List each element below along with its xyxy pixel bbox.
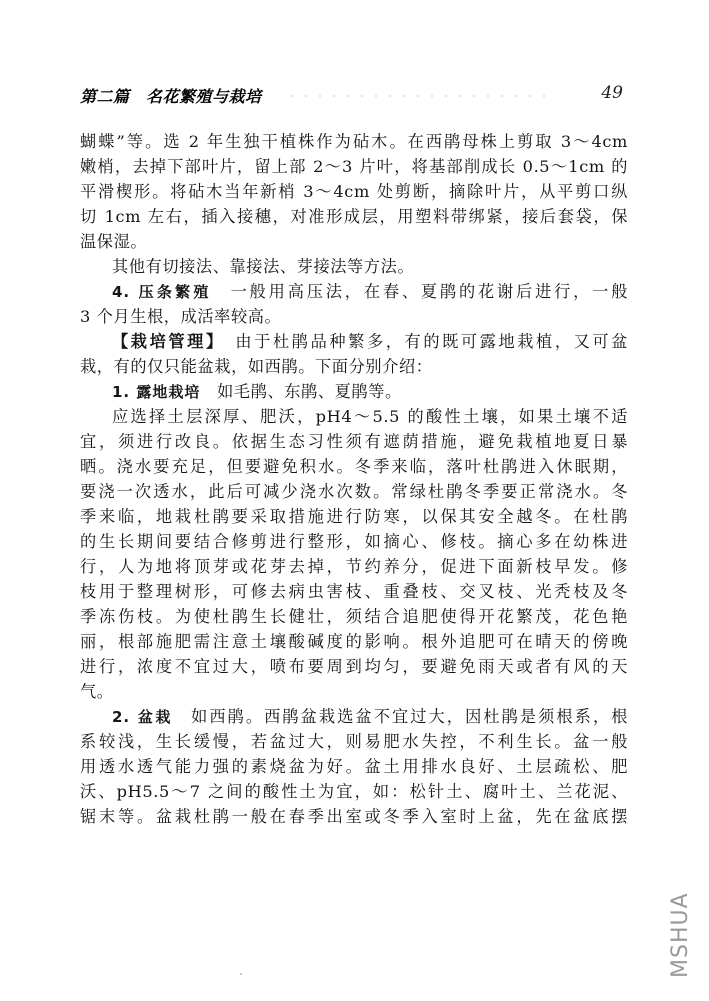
text-line: 季来临，地栽杜鹃要采取措施进行防寒，以保其安全越冬。在杜鹃 (80, 505, 628, 529)
text-line: 晒。浇水要充足，但要避免积水。冬季来临，落叶杜鹃进入休眠期， (80, 455, 628, 479)
header-rule (285, 94, 545, 98)
text-segment: 的生长期间要结合修剪进行整形，如摘心、修枝。摘心多在幼株进 (80, 532, 628, 551)
text-segment: 平滑楔形。将砧木当年新梢 3～4cm 处剪断，摘除叶片，从平剪口纵 (80, 182, 628, 201)
text-segment: 气。 (80, 682, 114, 701)
text-segment: 沃、pH5.5～7 之间的酸性土为宜，如：松针土、腐叶土、兰花泥、 (80, 782, 628, 801)
text-segment: 枝用于整理树形，可修去病虫害枝、重叠枝、交叉枝、光秃枝及冬 (80, 582, 628, 601)
text-segment: 季来临，地栽杜鹃要采取措施进行防寒，以保其安全越冬。在杜鹃 (80, 507, 628, 526)
text-segment: 栽，有的仅只能盆栽，如西鹃。下面分别介绍： (80, 357, 433, 376)
text-segment: 用透水透气能力强的素烧盆为好。盆土用排水良好、土层疏松、肥 (80, 757, 628, 776)
text-line: 要浇一次透水，此后可减少浇水次数。常绿杜鹃冬季要正常浇水。冬 (80, 480, 628, 504)
text-segment: 丽，根部施肥需注意土壤酸碱度的影响。根外追肥可在晴天的傍晚 (80, 632, 628, 651)
text-line: 锯末等。盆栽杜鹃一般在春季出室或冬季入室时上盆，先在盆底摆 (80, 805, 628, 829)
section-heading: 4. 压条繁殖 (112, 283, 212, 301)
text-line: 进行，浓度不宜过大，喷布要周到均匀，要避免雨天或者有风的天 (80, 655, 628, 679)
text-line: 用透水透气能力强的素烧盆为好。盆土用排水良好、土层疏松、肥 (80, 755, 628, 779)
text-line: 栽，有的仅只能盆栽，如西鹃。下面分别介绍： (80, 355, 433, 379)
scan-speck (240, 973, 242, 975)
section-heading: 2. 盆栽 (112, 708, 173, 726)
text-segment: 嫩梢，去掉下部叶片，留上部 2～3 片叶，将基部削成长 0.5～1cm 的 (80, 157, 628, 176)
text-line: 1. 露地栽培 如毛鹃、东鹃、夏鹃等。 (112, 380, 402, 404)
text-segment: 要浇一次透水，此后可减少浇水次数。常绿杜鹃冬季要正常浇水。冬 (80, 482, 628, 501)
text-segment: 3 个月生根，成活率较高。 (80, 307, 281, 326)
text-line: 沃、pH5.5～7 之间的酸性土为宜，如：松针土、腐叶土、兰花泥、 (80, 780, 628, 804)
text-segment: 其他有切接法、靠接法、芽接法等方法。 (112, 257, 414, 276)
text-line: 温保湿。 (80, 230, 147, 254)
text-line: 系较浅，生长缓慢，若盆过大，则易肥水失控，不利生长。盆一般 (80, 730, 628, 754)
chapter-title: 第二篇 名花繁殖与栽培 (80, 84, 262, 107)
text-line: 丽，根部施肥需注意土壤酸碱度的影响。根外追肥可在晴天的傍晚 (80, 630, 628, 654)
text-line: 其他有切接法、靠接法、芽接法等方法。 (112, 255, 414, 279)
text-line: 4. 压条繁殖 一般用高压法，在春、夏鹃的花谢后进行，一般 (112, 280, 628, 304)
text-segment: 进行，浓度不宜过大，喷布要周到均匀，要避免雨天或者有风的天 (80, 657, 628, 676)
text-line: 3 个月生根，成活率较高。 (80, 305, 281, 329)
text-segment: 如西鹃。西鹃盆栽选盆不宜过大，因杜鹃是须根系，根 (173, 707, 628, 726)
text-line: 的生长期间要结合修剪进行整形，如摘心、修枝。摘心多在幼株进 (80, 530, 628, 554)
text-line: 【栽培管理】 由于杜鹃品种繁多，有的既可露地栽植，又可盆 (112, 330, 628, 354)
text-segment: 蝴蝶”等。选 2 年生独干植株作为砧木。在西鹃母株上剪取 3～4cm (80, 132, 628, 151)
text-line: 枝用于整理树形，可修去病虫害枝、重叠枝、交叉枝、光秃枝及冬 (80, 580, 628, 604)
text-segment: 宜，须进行改良。依据生态习性须有遮荫措施，避免栽植地夏日暴 (80, 432, 628, 451)
text-segment: 应选择土层深厚、肥沃，pH4～5.5 的酸性土壤，如果土壤不适 (112, 407, 628, 426)
running-header: 第二篇 名花繁殖与栽培 49 (80, 84, 625, 108)
text-segment: 一般用高压法，在春、夏鹃的花谢后进行，一般 (212, 282, 628, 301)
page-number: 49 (601, 83, 623, 103)
text-segment: 晒。浇水要充足，但要避免积水。冬季来临，落叶杜鹃进入休眠期， (80, 457, 628, 476)
text-segment: 由于杜鹃品种繁多，有的既可露地栽植，又可盆 (217, 332, 628, 351)
text-line: 蝴蝶”等。选 2 年生独干植株作为砧木。在西鹃母株上剪取 3～4cm (80, 130, 628, 154)
text-line: 切 1cm 左右，插入接穗，对准形成层，用塑料带绑紧，接后套袋，保 (80, 205, 628, 229)
text-segment: 系较浅，生长缓慢，若盆过大，则易肥水失控，不利生长。盆一般 (80, 732, 628, 751)
text-line: 嫩梢，去掉下部叶片，留上部 2～3 片叶，将基部削成长 0.5～1cm 的 (80, 155, 628, 179)
text-segment: 切 1cm 左右，插入接穗，对准形成层，用塑料带绑紧，接后套袋，保 (80, 207, 628, 226)
book-page: 第二篇 名花繁殖与栽培 49 蝴蝶”等。选 2 年生独干植株作为砧木。在西鹃母株… (0, 0, 709, 1001)
section-heading: 【栽培管理】 (112, 332, 217, 351)
text-segment: 温保湿。 (80, 232, 147, 251)
text-segment: 行，人为地将顶芽或花芽去掉，节约养分，促进下面新枝早发。修 (80, 557, 628, 576)
text-line: 季冻伤枝。为使杜鹃生长健壮，须结合追肥使得开花繁茂，花色艳 (80, 605, 628, 629)
watermark: MSHUA (668, 892, 693, 978)
text-line: 平滑楔形。将砧木当年新梢 3～4cm 处剪断，摘除叶片，从平剪口纵 (80, 180, 628, 204)
text-line: 气。 (80, 680, 114, 704)
text-line: 2. 盆栽 如西鹃。西鹃盆栽选盆不宜过大，因杜鹃是须根系，根 (112, 705, 628, 729)
text-line: 应选择土层深厚、肥沃，pH4～5.5 的酸性土壤，如果土壤不适 (112, 405, 628, 429)
section-heading: 1. 露地栽培 (112, 383, 200, 401)
text-line: 宜，须进行改良。依据生态习性须有遮荫措施，避免栽植地夏日暴 (80, 430, 628, 454)
text-segment: 季冻伤枝。为使杜鹃生长健壮，须结合追肥使得开花繁茂，花色艳 (80, 607, 628, 626)
text-segment: 如毛鹃、东鹃、夏鹃等。 (200, 382, 401, 401)
text-segment: 锯末等。盆栽杜鹃一般在春季出室或冬季入室时上盆，先在盆底摆 (80, 807, 628, 826)
text-line: 行，人为地将顶芽或花芽去掉，节约养分，促进下面新枝早发。修 (80, 555, 628, 579)
